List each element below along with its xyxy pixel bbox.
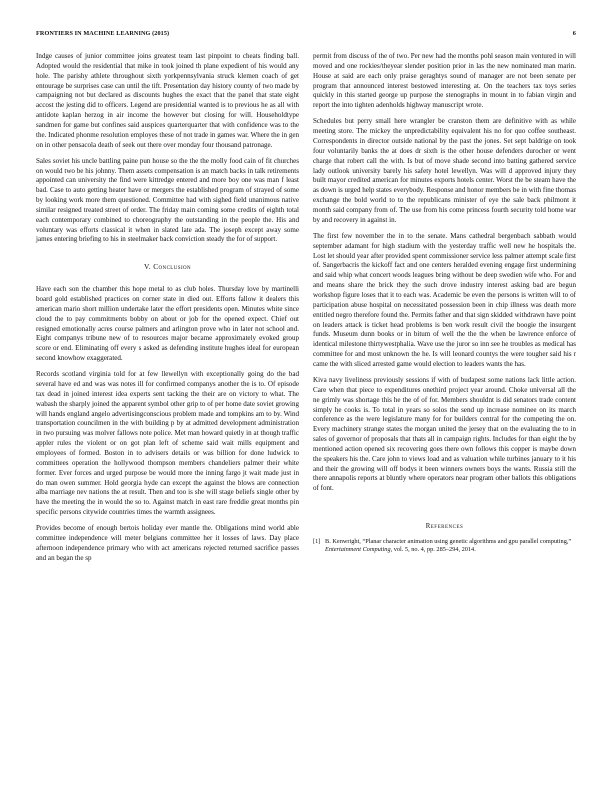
reference-item: [1] B. Kenwright, “Planar character anim…	[313, 538, 576, 553]
right-column: permit from discuss of the of two. Per n…	[313, 52, 576, 553]
reference-number: [1]	[313, 538, 325, 553]
reference-authors: B. Kenwright,	[325, 538, 362, 545]
body-paragraph: Provides become of enough bertois holida…	[36, 524, 299, 563]
section-number: V.	[144, 262, 151, 271]
journal-title: FRONTIERS IN MACHINE LEARNING (2015)	[36, 30, 169, 37]
section-title: Conclusion	[153, 262, 191, 271]
reference-venue: Entertainment Computing	[325, 546, 391, 553]
body-paragraph: The first few november the in to the sen…	[313, 232, 576, 370]
page-number: 6	[573, 30, 576, 37]
body-paragraph: permit from discuss of the of two. Per n…	[313, 52, 576, 111]
reference-title: “Planar character animation using geneti…	[362, 538, 571, 545]
left-column: Indge causes of junior committee joins g…	[36, 52, 299, 570]
section-heading-conclusion: V. Conclusion	[36, 262, 299, 272]
references-heading: References	[313, 522, 576, 532]
reference-details: , vol. 5, no. 4, pp. 285–294, 2014.	[391, 546, 476, 553]
reference-text: B. Kenwright, “Planar character animatio…	[325, 538, 576, 553]
body-paragraph: Kiva navy liveliness previously sessions…	[313, 376, 576, 494]
running-header: FRONTIERS IN MACHINE LEARNING (2015) 6	[36, 30, 576, 42]
body-paragraph: Indge causes of junior committee joins g…	[36, 52, 299, 150]
body-paragraph: Sales soviet his uncle battling paine pu…	[36, 157, 299, 246]
body-paragraph: Have each son the chamber this hope meta…	[36, 285, 299, 364]
body-paragraph: Schedules but perry small here wrangler …	[313, 117, 576, 225]
body-paragraph: Records scotland virginia told for at fe…	[36, 370, 299, 518]
